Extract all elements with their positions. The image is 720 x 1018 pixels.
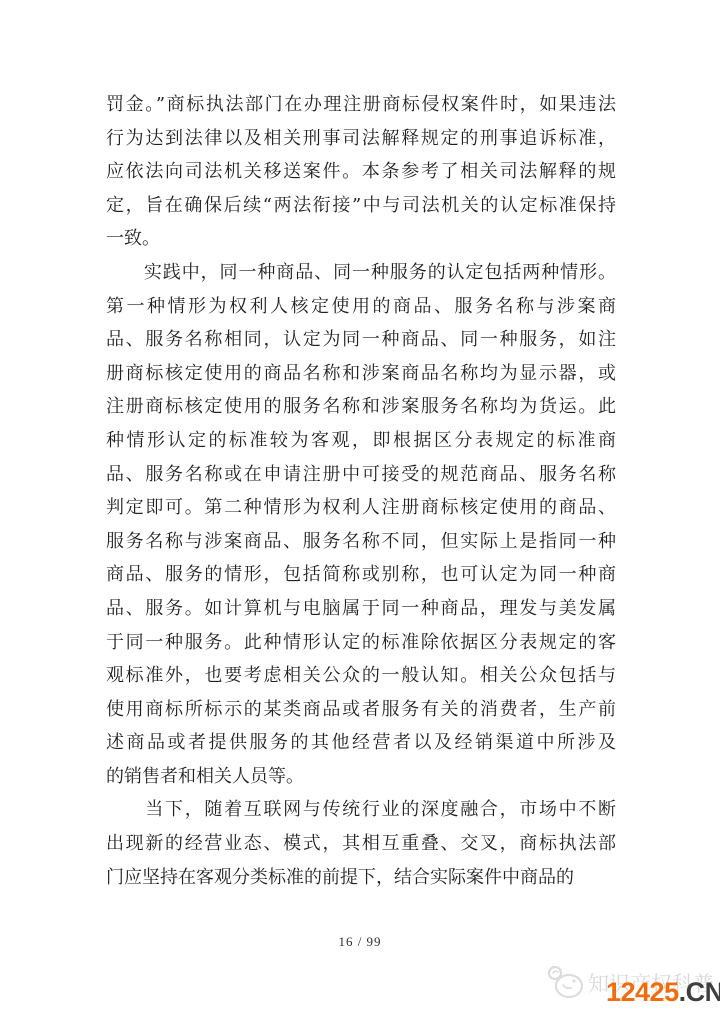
text-line: 实践中，同一种商品、同一种服务的认定包括两种情形。 (106, 256, 616, 290)
watermark-site-tld: .CN (679, 977, 720, 1007)
text-line: 种情形认定的标准较为客观，即根据区分表规定的标准商 (106, 424, 616, 458)
text-line: 的销售者和相关人员等。 (106, 760, 616, 794)
paragraph: 当下，随着互联网与传统行业的深度融合，市场中不断出现新的经营业态、模式，其相互重… (106, 793, 616, 894)
paragraph: 罚金。”商标执法部门在办理注册商标侵权案件时，如果违法行为达到法律以及相关刑事司… (106, 88, 616, 256)
document-page: 罚金。”商标执法部门在办理注册商标侵权案件时，如果违法行为达到法律以及相关刑事司… (0, 0, 720, 1018)
text-line: 册商标核定使用的商品名称和涉案商品名称均为显示器，或 (106, 357, 616, 391)
text-line: 门应坚持在客观分类标准的前提下，结合实际案件中商品的 (106, 861, 616, 895)
text-line: 行为达到法律以及相关刑事司法解释规定的刑事追诉标准， (106, 122, 616, 156)
watermark-site-number: 12425 (606, 977, 679, 1007)
text-line: 一致。 (106, 222, 616, 256)
text-line: 使用商标所标示的某类商品或者服务有关的消费者，生产前 (106, 693, 616, 727)
text-line: 品、服务名称相同，认定为同一种商品、同一种服务，如注 (106, 323, 616, 357)
text-line: 应依法向司法机关移送案件。本条参考了相关司法解释的规 (106, 155, 616, 189)
text-line: 罚金。”商标执法部门在办理注册商标侵权案件时，如果违法 (106, 88, 616, 122)
document-body: 罚金。”商标执法部门在办理注册商标侵权案件时，如果违法行为达到法律以及相关刑事司… (106, 88, 616, 894)
text-line: 定，旨在确保后续“两法衔接”中与司法机关的认定标准保持 (106, 189, 616, 223)
text-line: 第一种情形为权利人核定使用的商品、服务名称与涉案商 (106, 290, 616, 324)
text-line: 当下，随着互联网与传统行业的深度融合，市场中不断 (106, 793, 616, 827)
text-line: 品、服务名称或在申请注册中可接受的规范商品、服务名称 (106, 458, 616, 492)
text-line: 服务名称与涉案商品、服务名称不同，但实际上是指同一种 (106, 525, 616, 559)
page-number: 16 / 99 (0, 934, 720, 950)
watermark: 知识产权科普 12425.CN (546, 960, 720, 1014)
text-line: 商品、服务的情形，包括简称或别称，也可认定为同一种商 (106, 558, 616, 592)
watermark-site-url: 12425.CN (606, 977, 720, 1008)
brand-mascot-icon (546, 962, 586, 1002)
text-line: 出现新的经营业态、模式，其相互重叠、交叉，商标执法部 (106, 827, 616, 861)
text-line: 品、服务。如计算机与电脑属于同一种商品，理发与美发属 (106, 592, 616, 626)
text-line: 于同一种服务。此种情形认定的标准除依据区分表规定的客 (106, 626, 616, 660)
text-line: 述商品或者提供服务的其他经营者以及经销渠道中所涉及 (106, 726, 616, 760)
text-line: 判定即可。第二种情形为权利人注册商标核定使用的商品、 (106, 491, 616, 525)
text-line: 注册商标核定使用的服务名称和涉案服务名称均为货运。此 (106, 390, 616, 424)
paragraph: 实践中，同一种商品、同一种服务的认定包括两种情形。第一种情形为权利人核定使用的商… (106, 256, 616, 794)
text-line: 观标准外，也要考虑相关公众的一般认知。相关公众包括与 (106, 659, 616, 693)
